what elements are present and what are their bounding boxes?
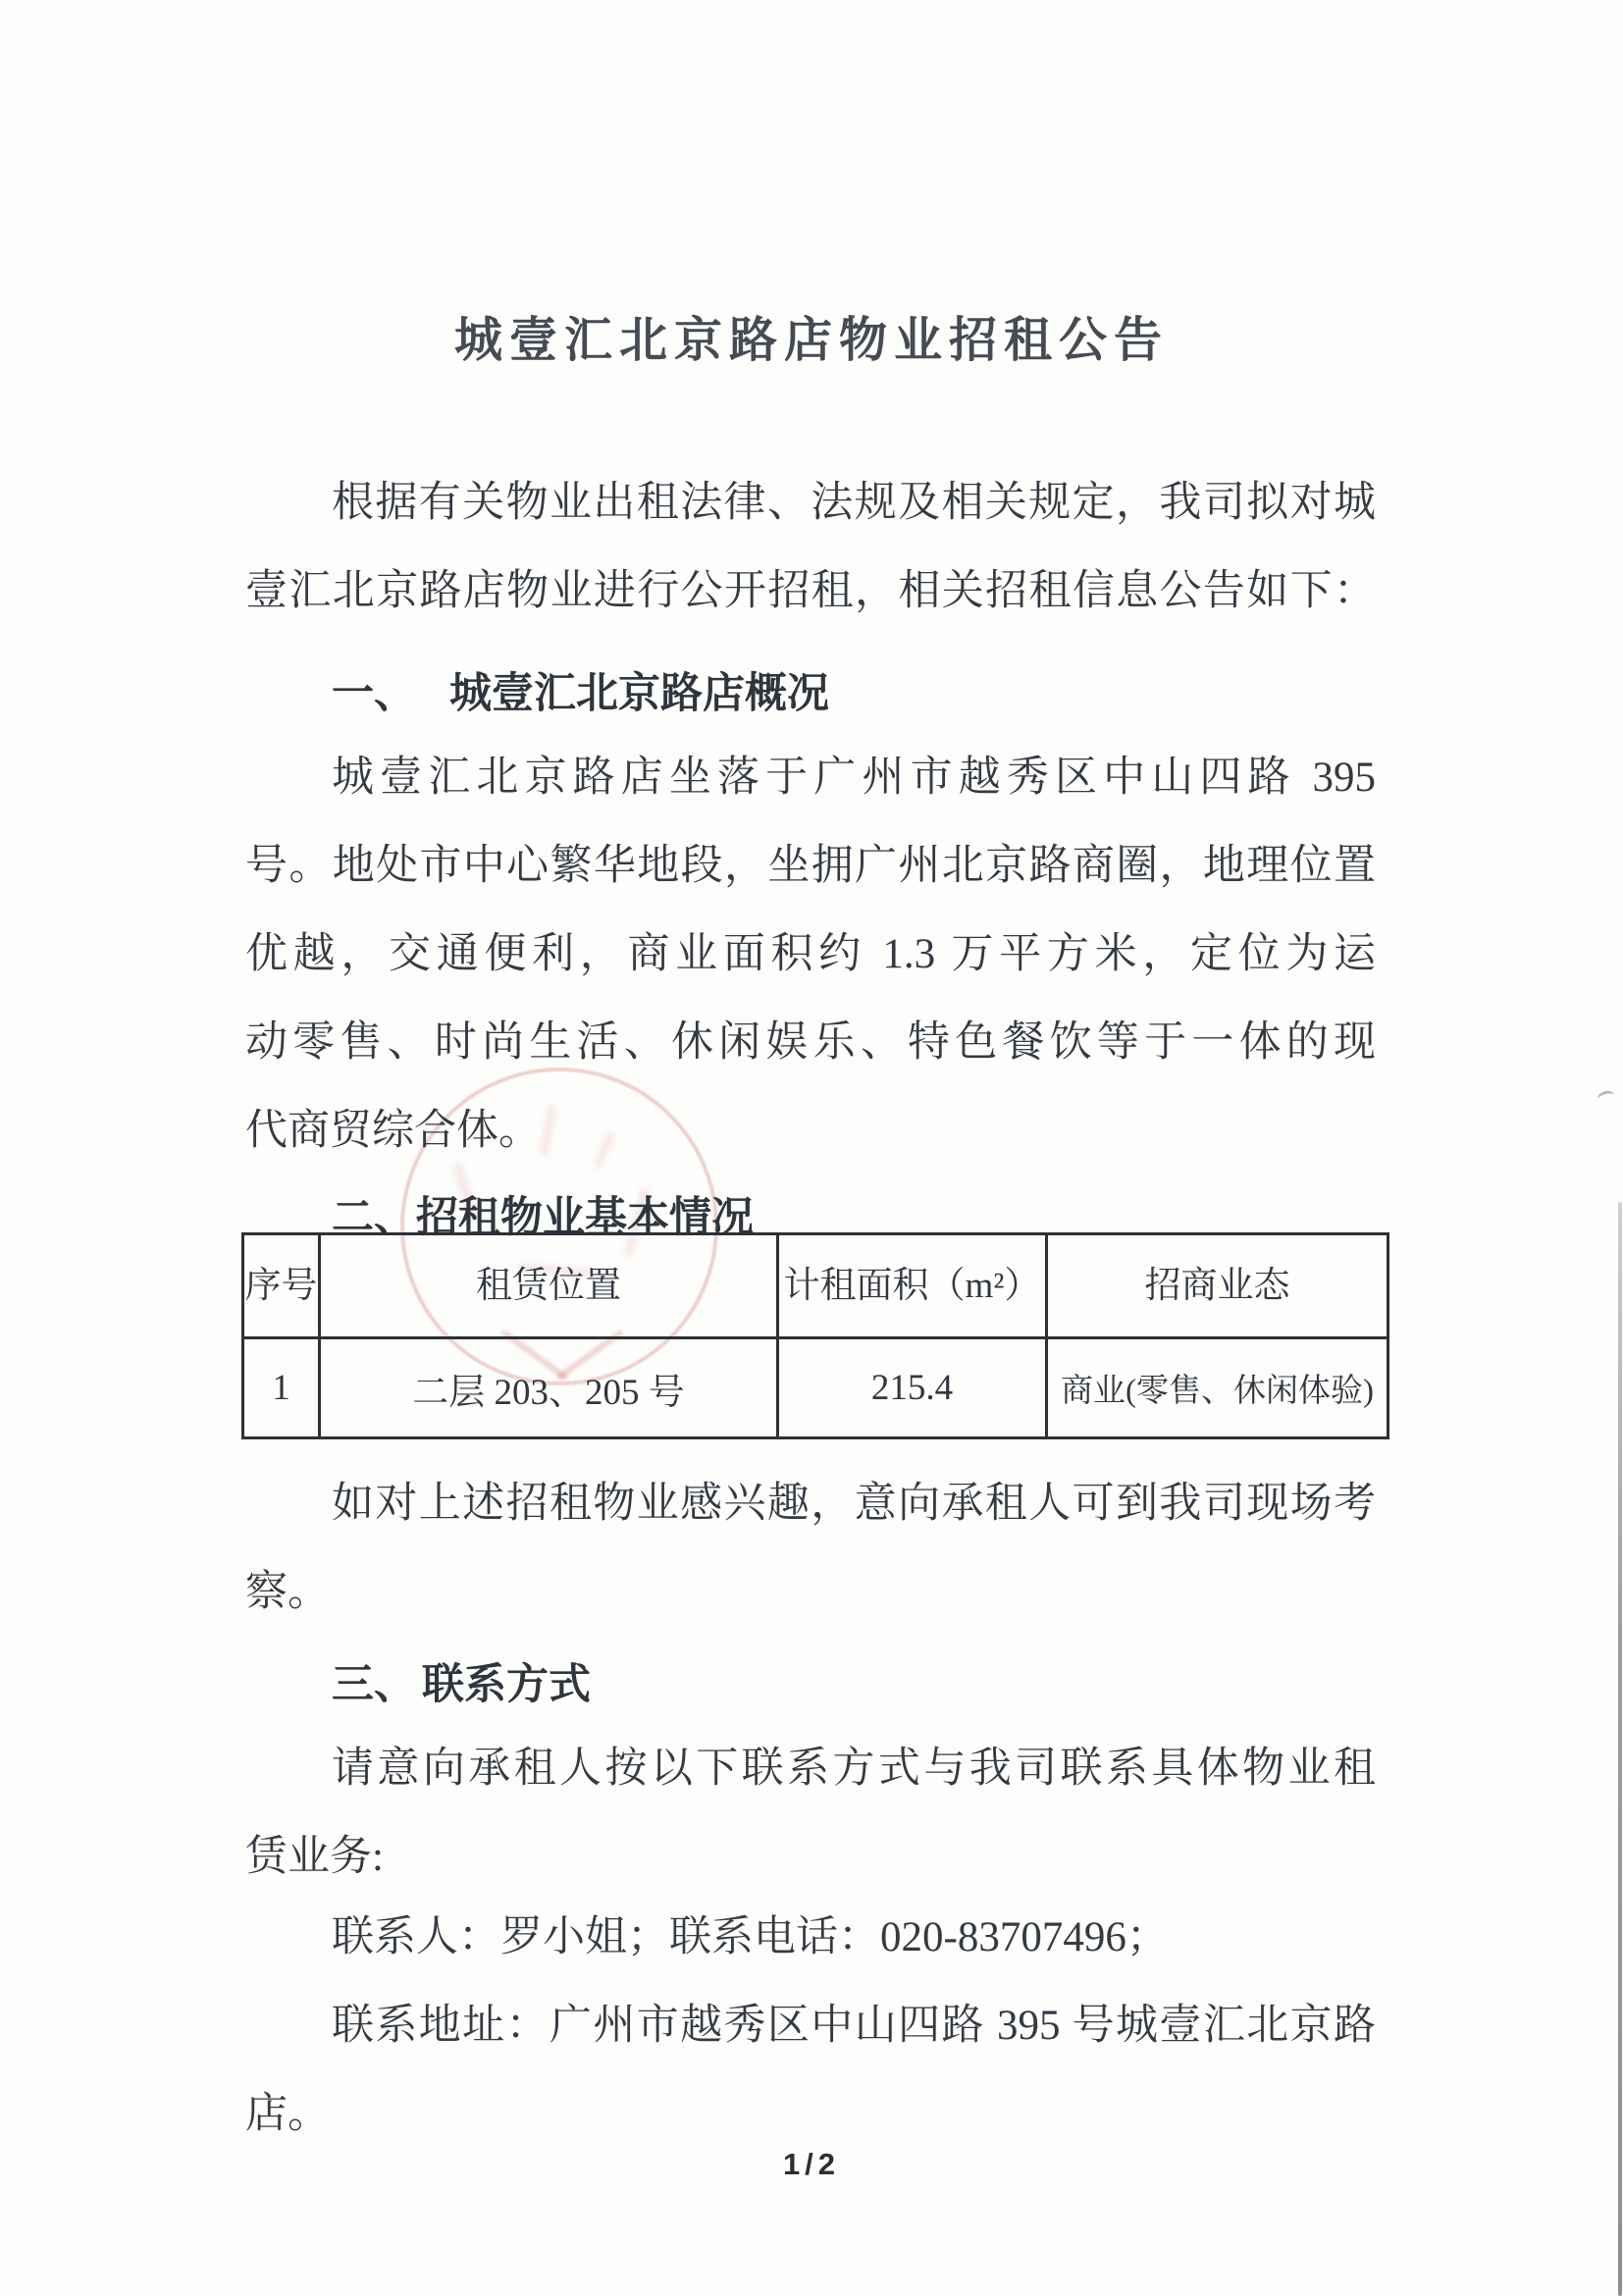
note-paragraph: 如对上述招租物业感兴趣，意向承租人可到我司现场考 察。 <box>245 1460 1376 1637</box>
contact-person-phone: 联系人：罗小姐；联系电话：020-83707496； <box>245 1894 1376 1982</box>
scanned-document-page: 城壹汇北京路店物业招租公告 根据有关物业出租法律、法规及相关规定，我司拟对城 壹… <box>0 0 1623 2296</box>
table-header-area: 计租面积（m²） <box>778 1234 1047 1338</box>
paragraph-line: 动零售、时尚生活、休闲娱乐、特色餐饮等于一体的现 <box>245 999 1376 1087</box>
table-cell-area: 215.4 <box>778 1338 1047 1438</box>
paragraph-line: 城壹汇北京路店坐落于广州市越秀区中山四路 395 <box>245 734 1376 822</box>
table-header-business: 招商业态 <box>1047 1234 1388 1338</box>
section-heading-contact: 三、联系方式 <box>245 1641 1462 1729</box>
paragraph-line: 联系地址：广州市越秀区中山四路 395 号城壹汇北京路 <box>245 1982 1376 2070</box>
contact-address-paragraph: 联系地址：广州市越秀区中山四路 395 号城壹汇北京路 店。 <box>245 1982 1376 2159</box>
section-heading-overview: 一、城壹汇北京路店概况 <box>245 650 1462 738</box>
scan-edge-line <box>1618 1202 1622 2296</box>
paragraph-line: 赁业务: <box>245 1813 1376 1902</box>
paragraph-line: 壹汇北京路店物业进行公开招租，相关招租信息公告如下： <box>245 548 1376 636</box>
table-cell-seq: 1 <box>243 1338 320 1438</box>
paragraph-line: 代商贸综合体。 <box>245 1087 1376 1175</box>
table-cell-location: 二层 203、205 号 <box>320 1338 778 1438</box>
property-table: 序号 租赁位置 计租面积（m²） 招商业态 1 二层 203、205 号 215… <box>241 1232 1389 1439</box>
contact-info-line: 联系人：罗小姐；联系电话：020-83707496； <box>245 1894 1376 1982</box>
section-heading-label: 城壹汇北京路店概况 <box>449 670 829 717</box>
paragraph-line: 优越，交通便利，商业面积约 1.3 万平方米，定位为运 <box>245 911 1376 999</box>
scan-artifact <box>1597 1089 1617 1106</box>
table-cell-business: 商业(零售、休闲体验) <box>1047 1338 1388 1438</box>
overview-paragraph: 城壹汇北京路店坐落于广州市越秀区中山四路 395 号。地处市中心繁华地段，坐拥广… <box>245 734 1376 1175</box>
paragraph-line: 号。地处市中心繁华地段，坐拥广州北京路商圈，地理位置 <box>245 822 1376 911</box>
contact-intro-paragraph: 请意向承租人按以下联系方式与我司联系具体物业租 赁业务: <box>245 1725 1376 1902</box>
table-header-row: 序号 租赁位置 计租面积（m²） 招商业态 <box>243 1234 1388 1338</box>
intro-paragraph: 根据有关物业出租法律、法规及相关规定，我司拟对城 壹汇北京路店物业进行公开招租，… <box>245 459 1376 636</box>
paragraph-line: 察。 <box>245 1548 1376 1637</box>
document-title: 城壹汇北京路店物业招租公告 <box>0 302 1623 371</box>
section-heading-label: 联系方式 <box>422 1661 591 1708</box>
page-number: 1/2 <box>0 2147 1623 2182</box>
table-header-seq: 序号 <box>243 1234 320 1338</box>
table-header-location: 租赁位置 <box>320 1234 778 1338</box>
paragraph-line: 店。 <box>245 2070 1376 2159</box>
paragraph-line: 请意向承租人按以下联系方式与我司联系具体物业租 <box>245 1725 1376 1813</box>
table-row: 1 二层 203、205 号 215.4 商业(零售、休闲体验) <box>243 1338 1388 1438</box>
section-number: 三、 <box>332 1661 416 1708</box>
paragraph-line: 如对上述招租物业感兴趣，意向承租人可到我司现场考 <box>245 1460 1376 1548</box>
paragraph-line: 根据有关物业出租法律、法规及相关规定，我司拟对城 <box>245 459 1376 548</box>
section-number: 一、 <box>332 670 416 717</box>
